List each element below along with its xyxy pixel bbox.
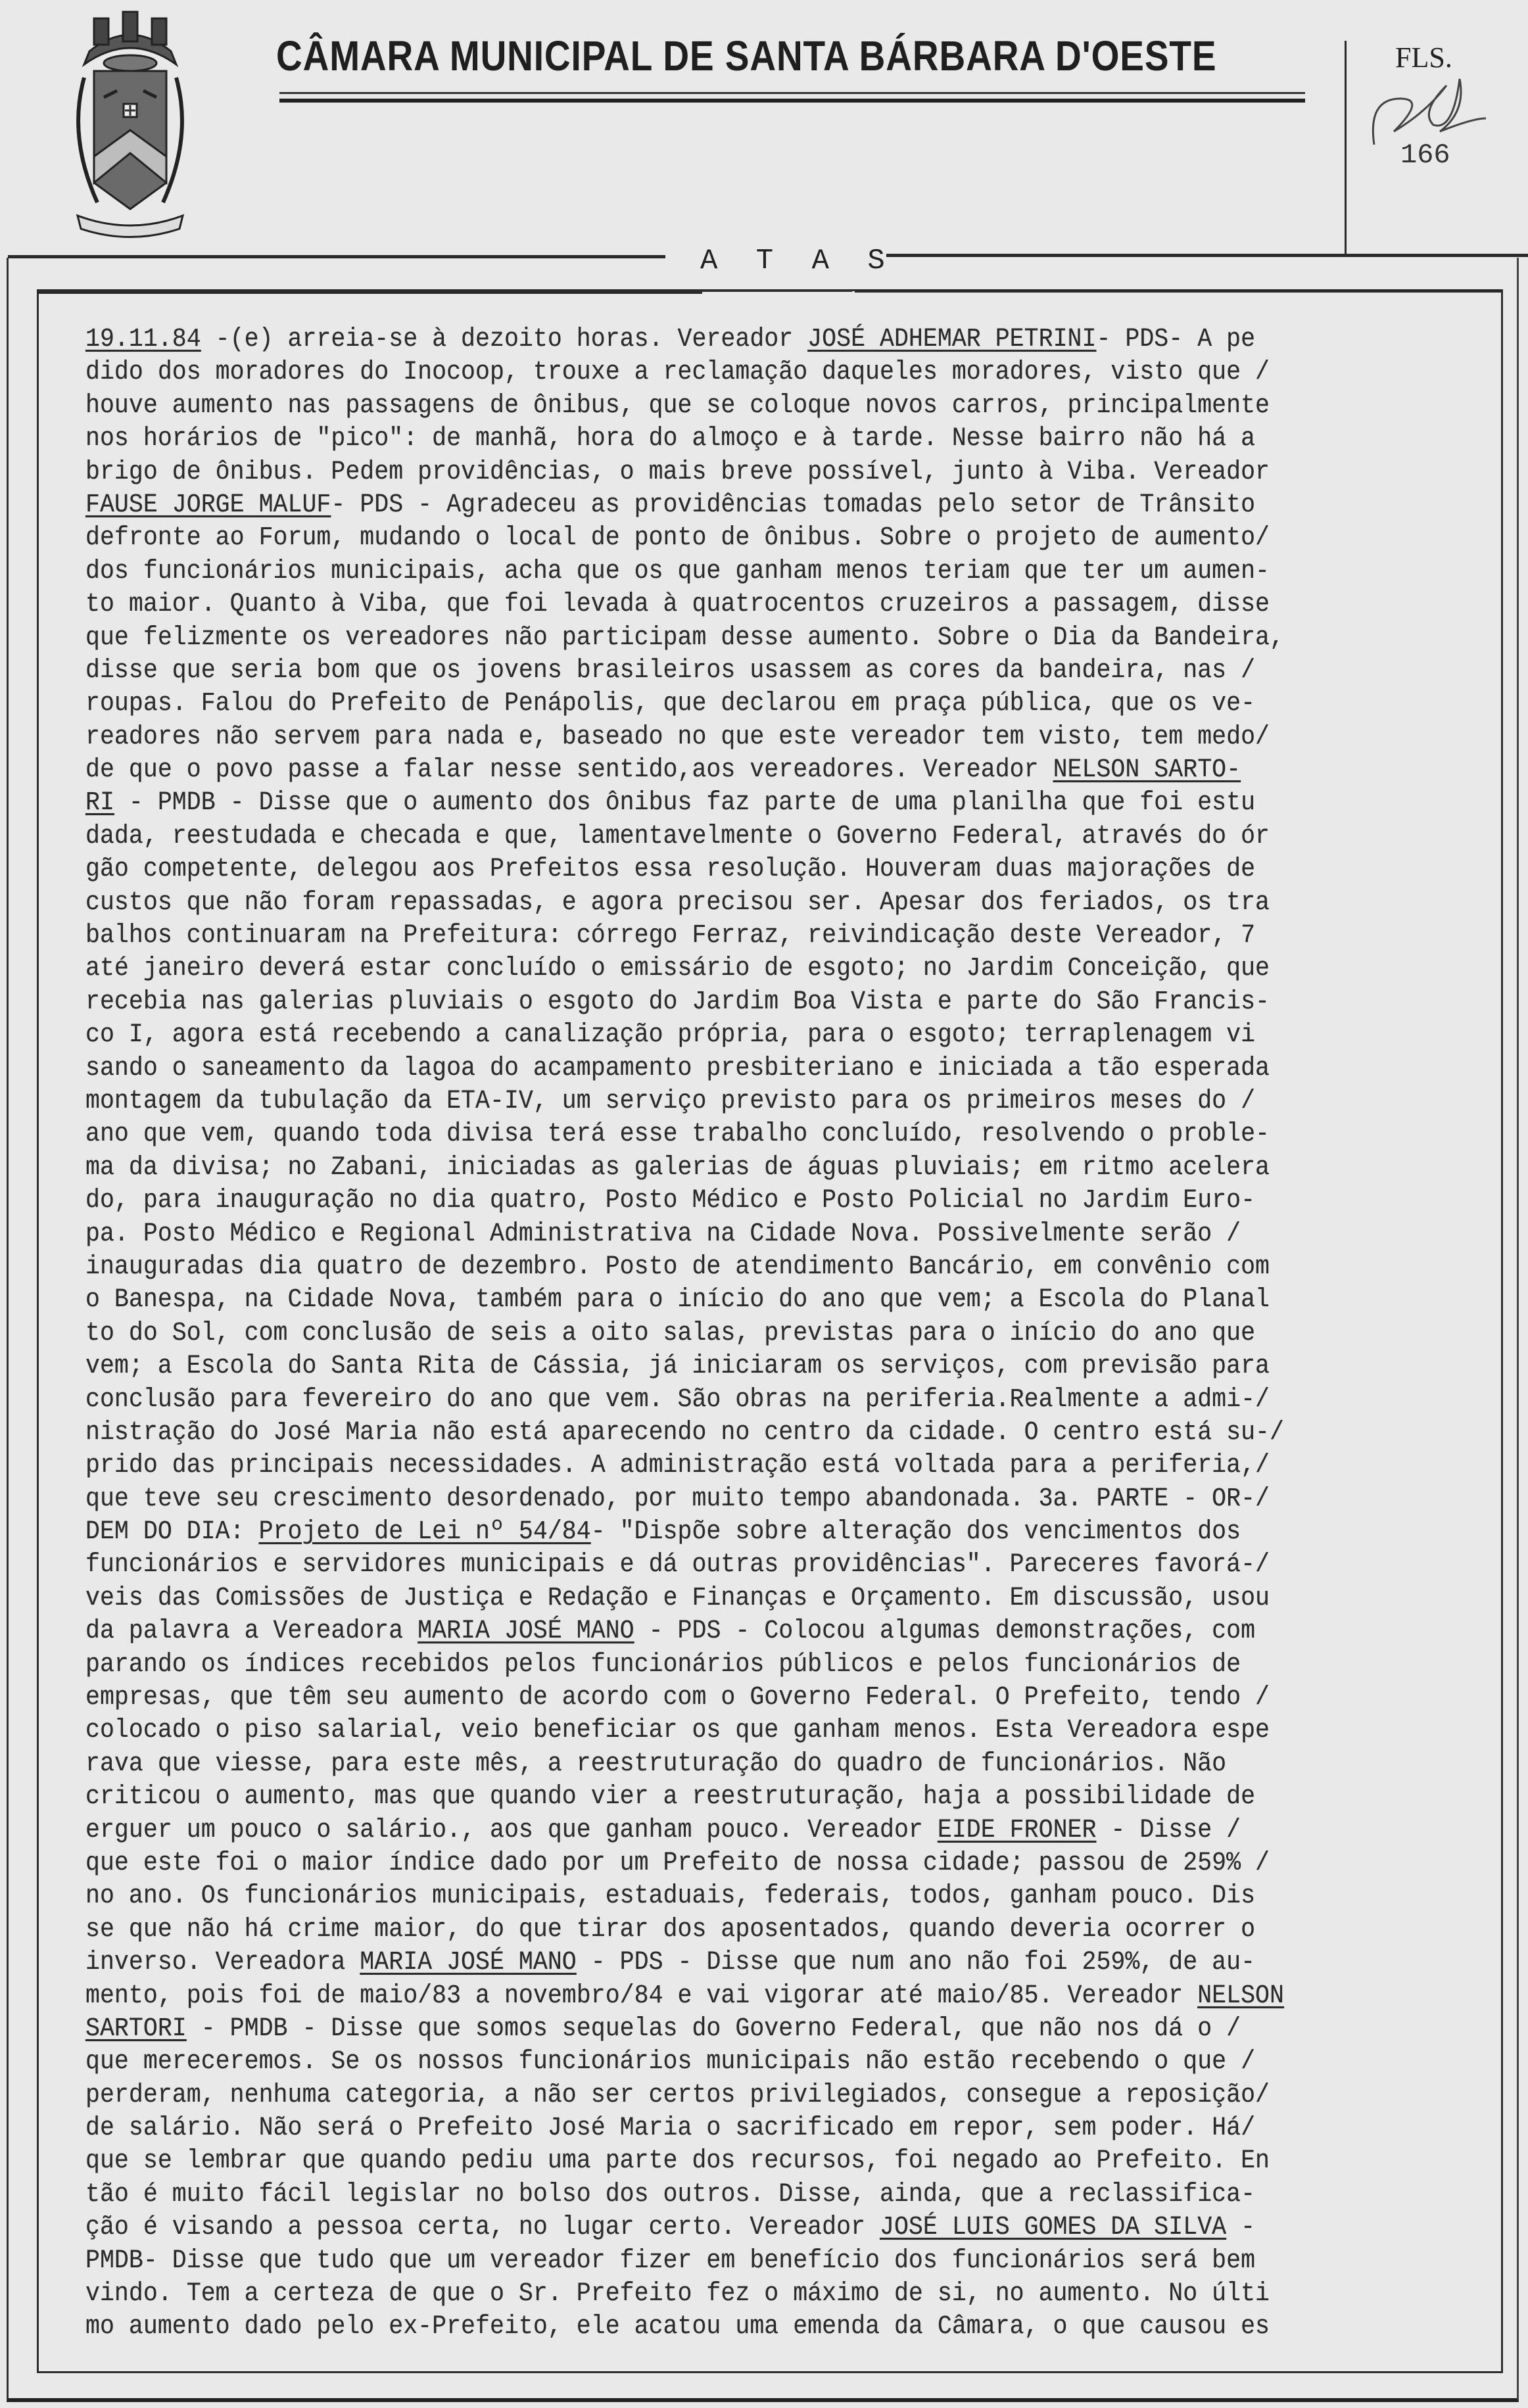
text-segment: de que o povo passe a falar nesse sentid… [85,755,1053,785]
text-segment: - PDS - Disse que num ano não foi 259%, … [577,1948,1255,1977]
section-title: A T A S [700,245,895,277]
text-line: que felizmente os vereadores não partici… [85,622,1337,655]
text-line: da palavra a Vereadora MARIA JOSÉ MANO -… [85,1615,1337,1648]
text-segment: que se lembrar que quando pediu uma part… [85,2146,1270,2176]
text-segment: dos funcionários municipais, acha que os… [85,557,1270,586]
text-line: roupas. Falou do Prefeito de Penápolis, … [85,688,1337,720]
text-segment: tão é muito fácil legislar no bolso dos … [85,2180,1255,2209]
underlined-name: RI [85,788,114,818]
folio-label: FLS. [1395,41,1452,74]
text-segment: que teve seu crescimento desordenado, po… [85,1484,1270,1514]
text-line: PMDB- Disse que tudo que um vereador fiz… [85,2245,1337,2278]
text-segment: custos que não foram repassadas, e agora… [85,888,1270,918]
underlined-name: NELSON SARTO- [1053,755,1241,785]
coat-of-arms-icon [32,5,229,242]
text-line: vindo. Tem a certeza de que o Sr. Prefei… [85,2278,1337,2311]
text-line: que se lembrar que quando pediu uma part… [85,2145,1337,2178]
text-segment: - PDS- A pe [1096,325,1255,354]
text-line: inauguradas dia quatro de dezembro. Post… [85,1251,1337,1284]
text-line: recebia nas galerias pluviais o esgoto d… [85,986,1337,1019]
text-segment: até janeiro deverá estar concluído o emi… [85,954,1270,983]
text-line: nos horários de "pico": de manhã, hora d… [85,423,1337,456]
text-segment: parando os índices recebidos pelos funci… [85,1650,1241,1680]
text-line: do, para inauguração no dia quatro, Post… [85,1185,1337,1217]
text-segment: que felizmente os vereadores não partici… [85,623,1284,653]
text-line: que mereceremos. Se os nossos funcionári… [85,2046,1337,2079]
text-segment: nos horários de "pico": de manhã, hora d… [85,424,1255,454]
underlined-name: NELSON [1197,1981,1284,2011]
text-line: SARTORI - PMDB - Disse que somos sequela… [85,2013,1337,2046]
text-segment: ma da divisa; no Zabani, iniciadas as ga… [85,1153,1270,1183]
text-line: vem; a Escola do Santa Rita de Cássia, j… [85,1350,1337,1383]
text-line: perderam, nenhuma categoria, a não ser c… [85,2079,1337,2112]
text-segment: rava que viesse, para este mês, a reestr… [85,1749,1226,1779]
text-segment: que mereceremos. Se os nossos funcionári… [85,2047,1255,2077]
text-segment: empresas, que têm seu aumento de acordo … [85,1683,1270,1712]
text-segment: de salário. Não será o Prefeito José Mar… [85,2113,1255,2143]
folio-number: 166 [1400,139,1450,171]
text-line: mo aumento dado pelo ex-Prefeito, ele ac… [85,2311,1337,2344]
text-segment: colocado o piso salarial, veio beneficia… [85,1716,1270,1745]
text-line: gão competente, delegou aos Prefeitos es… [85,853,1337,886]
text-segment: dido dos moradores do Inocoop, trouxe a … [85,358,1270,387]
text-line: to do Sol, com conclusão de seis a oito … [85,1317,1337,1350]
text-line: nistração do José Maria não está aparece… [85,1417,1337,1450]
text-line: DEM DO DIA: Projeto de Lei nº 54/84- "Di… [85,1516,1337,1549]
text-line: brigo de ônibus. Pedem providências, o m… [85,456,1337,489]
text-line: funcionários e servidores municipais e d… [85,1549,1337,1582]
text-line: inverso. Vereadora MARIA JOSÉ MANO - PDS… [85,1947,1337,1979]
underlined-name: JOSÉ LUIS GOMES DA SILVA [880,2213,1226,2242]
text-line: ção é visando a pessoa certa, no lugar c… [85,2211,1337,2244]
text-line: se que não há crime maior, do que tirar … [85,1914,1337,1947]
institution-name: CÂMARA MUNICIPAL DE SANTA BÁRBARA D'OEST… [276,32,1216,80]
text-segment: sando o saneamento da lagoa do acampamen… [85,1054,1270,1083]
header-rule [279,92,1305,94]
text-line: readores não servem para nada e, baseado… [85,721,1337,754]
text-segment: do, para inauguração no dia quatro, Post… [85,1186,1255,1216]
text-line: rava que viesse, para este mês, a reestr… [85,1748,1337,1781]
text-line: o Banespa, na Cidade Nova, também para o… [85,1284,1337,1317]
text-line: criticou o aumento, mas que quando vier … [85,1781,1337,1814]
underlined-name: MARIA JOSÉ MANO [418,1617,634,1646]
text-segment: ção é visando a pessoa certa, no lugar c… [85,2213,880,2242]
text-line: veis das Comissões de Justiça e Redação … [85,1582,1337,1615]
text-segment: no ano. Os funcionários municipais, esta… [85,1881,1255,1911]
text-line: tão é muito fácil legislar no bolso dos … [85,2179,1337,2211]
text-line: erguer um pouco o salário., aos que ganh… [85,1814,1337,1847]
section-rule [8,255,665,258]
underlined-name: FAUSE JORGE MALUF [85,490,331,520]
text-line: defronte ao Forum, mudando o local de po… [85,522,1337,555]
text-segment: veis das Comissões de Justiça e Redação … [85,1584,1270,1613]
text-segment: criticou o aumento, mas que quando vier … [85,1782,1255,1812]
text-line: dos funcionários municipais, acha que os… [85,555,1337,588]
text-segment: vindo. Tem a certeza de que o Sr. Prefei… [85,2279,1270,2309]
text-segment: se que não há crime maior, do que tirar … [85,1915,1255,1945]
text-line: FAUSE JORGE MALUF- PDS - Agradeceu as pr… [85,489,1337,522]
text-line: pa. Posto Médico e Regional Administrati… [85,1218,1337,1251]
section-rule [886,254,1528,257]
text-segment: readores não servem para nada e, baseado… [85,722,1270,752]
section-rule [37,291,702,294]
text-segment: que este foi o maior índice dado por um … [85,1849,1270,1878]
underlined-name: EIDE FRONER [938,1816,1097,1845]
text-segment: - PDS - Agradeceu as providências tomada… [331,490,1255,520]
text-line: colocado o piso salarial, veio beneficia… [85,1714,1337,1747]
text-line: dido dos moradores do Inocoop, trouxe a … [85,356,1337,389]
text-line: ma da divisa; no Zabani, iniciadas as ga… [85,1152,1337,1185]
text-segment: brigo de ônibus. Pedem providências, o m… [85,458,1270,487]
text-line: de salário. Não será o Prefeito José Mar… [85,2112,1337,2145]
underlined-name: JOSÉ ADHEMAR PETRINI [807,325,1096,354]
text-line: de que o povo passe a falar nesse sentid… [85,754,1337,787]
text-line: 19.11.84 -(e) arreia-se à dezoito horas.… [85,323,1337,356]
text-line: disse que seria bom que os jovens brasil… [85,655,1337,688]
minutes-body: 19.11.84 -(e) arreia-se à dezoito horas.… [85,323,1453,2344]
text-segment: montagem da tubulação da ETA-IV, um serv… [85,1087,1255,1116]
text-line: to maior. Quanto à Viba, que foi levada … [85,588,1337,621]
text-line: parando os índices recebidos pelos funci… [85,1649,1337,1682]
text-segment: ano que vem, quando toda divisa terá ess… [85,1120,1270,1149]
text-segment: mento, pois foi de maio/83 a novembro/84… [85,1981,1197,2011]
text-segment: disse que seria bom que os jovens brasil… [85,656,1255,686]
text-segment: dada, reestudada e checada e que, lament… [85,822,1270,851]
text-segment: - [1226,2213,1255,2242]
text-line: que teve seu crescimento desordenado, po… [85,1483,1337,1516]
folio-divider [1345,41,1347,254]
text-line: conclusão para fevereiro do ano que vem.… [85,1384,1337,1417]
text-line: mento, pois foi de maio/83 a novembro/84… [85,1980,1337,2013]
text-line: no ano. Os funcionários municipais, esta… [85,1880,1337,1913]
text-line: RI - PMDB - Disse que o aumento dos ônib… [85,787,1337,820]
text-segment: -(e) arreia-se à dezoito horas. Vereador [201,325,807,354]
text-segment: pa. Posto Médico e Regional Administrati… [85,1219,1241,1249]
text-segment: houve aumento nas passagens de ônibus, q… [85,391,1270,421]
text-segment: funcionários e servidores municipais e d… [85,1550,1270,1580]
underlined-name: Projeto de Lei nº 54/84 [259,1517,591,1547]
text-segment: erguer um pouco o salário., aos que ganh… [85,1816,938,1845]
text-line: prido das principais necessidades. A adm… [85,1450,1337,1482]
text-line: sando o saneamento da lagoa do acampamen… [85,1052,1337,1085]
text-segment: balhos continuaram na Prefeitura: córreg… [85,921,1255,951]
text-segment: conclusão para fevereiro do ano que vem.… [85,1385,1270,1415]
text-segment: - "Dispõe sobre alteração dos vencimento… [591,1517,1241,1547]
text-segment: gão competente, delegou aos Prefeitos es… [85,855,1255,884]
text-line: que este foi o maior índice dado por um … [85,1847,1337,1880]
text-segment: mo aumento dado pelo ex-Prefeito, ele ac… [85,2312,1270,2342]
underlined-name: SARTORI [85,2014,187,2044]
text-line: co I, agora está recebendo a canalização… [85,1019,1337,1052]
section-rule [855,289,1503,293]
text-line: dada, reestudada e checada e que, lament… [85,820,1337,853]
text-segment: inauguradas dia quatro de dezembro. Post… [85,1252,1270,1282]
text-line: até janeiro deverá estar concluído o emi… [85,953,1337,985]
text-segment: to maior. Quanto à Viba, que foi levada … [85,590,1270,619]
text-segment: - PDS - Colocou algumas demonstrações, c… [634,1617,1255,1646]
underlined-name: MARIA JOSÉ MANO [360,1948,576,1977]
text-segment: inverso. Vereadora [85,1948,360,1977]
text-line: houve aumento nas passagens de ônibus, q… [85,390,1337,423]
text-segment: - Disse / [1096,1816,1241,1845]
text-segment: o Banespa, na Cidade Nova, também para o… [85,1285,1270,1315]
text-segment: co I, agora está recebendo a canalização… [85,1020,1255,1050]
text-line: empresas, que têm seu aumento de acordo … [85,1682,1337,1714]
text-segment: to do Sol, com conclusão de seis a oito … [85,1319,1255,1348]
text-segment: - PMDB - Disse que somos sequelas do Gov… [187,2014,1241,2044]
text-segment: defronte ao Forum, mudando o local de po… [85,523,1270,553]
text-segment: DEM DO DIA: [85,1517,259,1547]
text-segment: recebia nas galerias pluviais o esgoto d… [85,987,1270,1017]
text-segment: vem; a Escola do Santa Rita de Cássia, j… [85,1352,1270,1381]
text-line: montagem da tubulação da ETA-IV, um serv… [85,1085,1337,1118]
text-line: custos que não foram repassadas, e agora… [85,887,1337,920]
text-line: ano que vem, quando toda divisa terá ess… [85,1118,1337,1151]
text-segment: - PMDB - Disse que o aumento dos ônibus … [114,788,1255,818]
text-segment: da palavra a Vereadora [85,1617,418,1646]
underlined-name: 19.11.84 [85,325,201,354]
text-segment: roupas. Falou do Prefeito de Penápolis, … [85,689,1255,719]
text-segment: nistração do José Maria não está aparece… [85,1418,1284,1448]
text-segment: prido das principais necessidades. A adm… [85,1451,1270,1480]
header-rule [279,99,1305,103]
text-segment: PMDB- Disse que tudo que um vereador fiz… [85,2246,1255,2276]
text-line: balhos continuaram na Prefeitura: córreg… [85,920,1337,953]
text-segment: perderam, nenhuma categoria, a não ser c… [85,2081,1270,2110]
